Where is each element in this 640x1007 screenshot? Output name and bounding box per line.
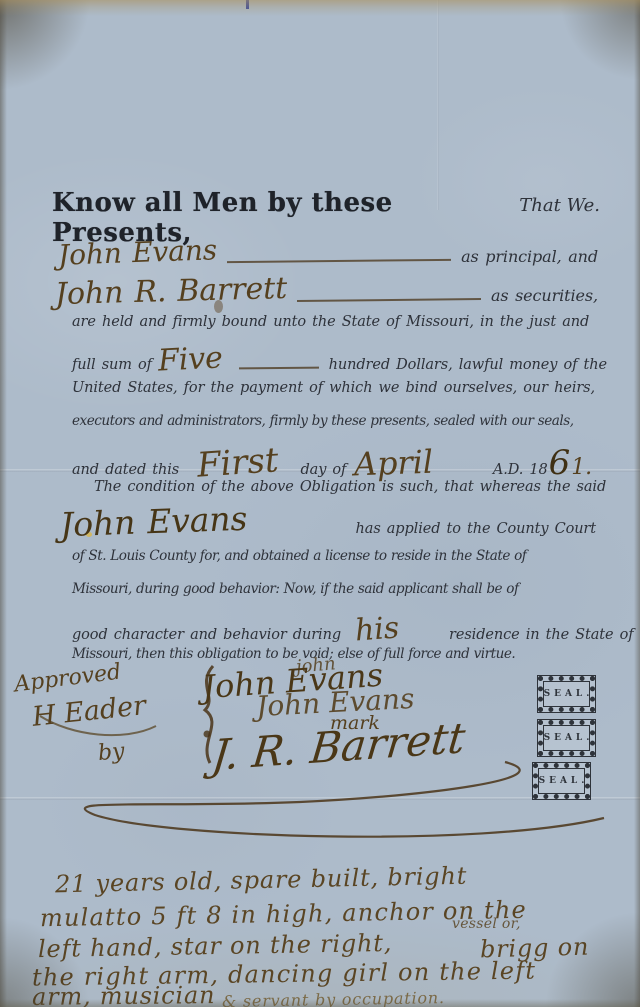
- security-name-handwritten: John R. Barrett: [55, 271, 288, 312]
- seal-label: SEAL.: [540, 689, 594, 699]
- day-of-label: day of: [301, 462, 347, 478]
- body-line-bound: are held and firmly bound unto the State…: [72, 314, 589, 330]
- securities-line: John R. Barrett as securities,: [55, 274, 598, 309]
- description-interlineation: vessel or,: [452, 916, 521, 932]
- seal-stamp-3: SEAL.: [533, 763, 590, 799]
- body-line-applicant: John Evans has applied to the County Cou…: [60, 502, 596, 541]
- year-digit-handwritten: 6: [549, 443, 571, 483]
- pronoun-handwritten: his: [354, 611, 400, 649]
- securities-label: as securities,: [491, 286, 598, 305]
- approver-signature: H Eader: [31, 690, 148, 733]
- character-prefix: good character and behavior during: [72, 627, 341, 643]
- description-line-5: arm, musician: [32, 981, 216, 1007]
- seal-stamp-2: SEAL.: [538, 720, 595, 756]
- character-suffix: residence in the State of: [449, 627, 633, 643]
- barrett-signature: J. R. Barrett: [210, 713, 468, 780]
- ink-blot: [204, 731, 211, 738]
- sum-value-handwritten: Five: [157, 340, 223, 378]
- seal-label: SEAL.: [535, 776, 589, 786]
- body-line-void: Missouri, then this obligation to be voi…: [72, 646, 515, 662]
- description-line-3: left hand, star on the right,: [38, 929, 393, 963]
- principal-name-handwritten: John Evans: [57, 233, 217, 272]
- body-line-county: of St. Louis County for, and obtained a …: [72, 548, 526, 564]
- body-line-dated: and dated this First day of April A.D. 1…: [72, 443, 592, 483]
- principal-label: as principal, and: [461, 247, 598, 266]
- body-line-sum: full sum of Five hundred Dollars, lawful…: [72, 342, 592, 377]
- ink-dash: [239, 367, 319, 370]
- margin-mark: [246, 0, 249, 9]
- dated-prefix: and dated this: [72, 462, 179, 478]
- document-page: Know all Men by these Presents, That We.…: [0, 0, 640, 1007]
- approved-annotation: Approved: [13, 660, 123, 698]
- sum-prefix: full sum of: [72, 357, 152, 373]
- dated-month-handwritten: April: [354, 443, 434, 484]
- ink-dash: [227, 259, 451, 263]
- body-line-character: good character and behavior during his r…: [72, 612, 592, 647]
- applicant-name-handwritten: John Evans: [59, 499, 248, 545]
- applied-label: has applied to the County Court: [356, 521, 596, 537]
- description-line-1: 21 years old, spare built, bright: [55, 862, 468, 899]
- seal-label: SEAL.: [540, 733, 594, 743]
- seal-stamp-1: SEAL.: [538, 676, 595, 712]
- approved-by-label: by: [97, 739, 126, 766]
- description-line-5-end: & servant by occupation.: [222, 988, 445, 1007]
- body-line-united-states: United States, for the payment of which …: [72, 380, 595, 396]
- ink-dash: [297, 298, 481, 302]
- heading-suffix: That We.: [519, 195, 600, 216]
- principal-line: John Evans as principal, and: [58, 236, 598, 269]
- body-line-behavior: Missouri, during good behavior: Now, if …: [72, 581, 519, 597]
- body-line-condition: The condition of the above Obligation is…: [72, 479, 606, 495]
- ad-prefix: A.D. 18: [493, 462, 548, 478]
- barrett-flourish: [85, 762, 604, 837]
- year-end-handwritten: 1.: [571, 455, 592, 480]
- body-line-executors: executors and administrators, firmly by …: [72, 413, 574, 429]
- fold-crease-vertical: [437, 0, 439, 210]
- sum-suffix: hundred Dollars, lawful money of the: [329, 357, 607, 373]
